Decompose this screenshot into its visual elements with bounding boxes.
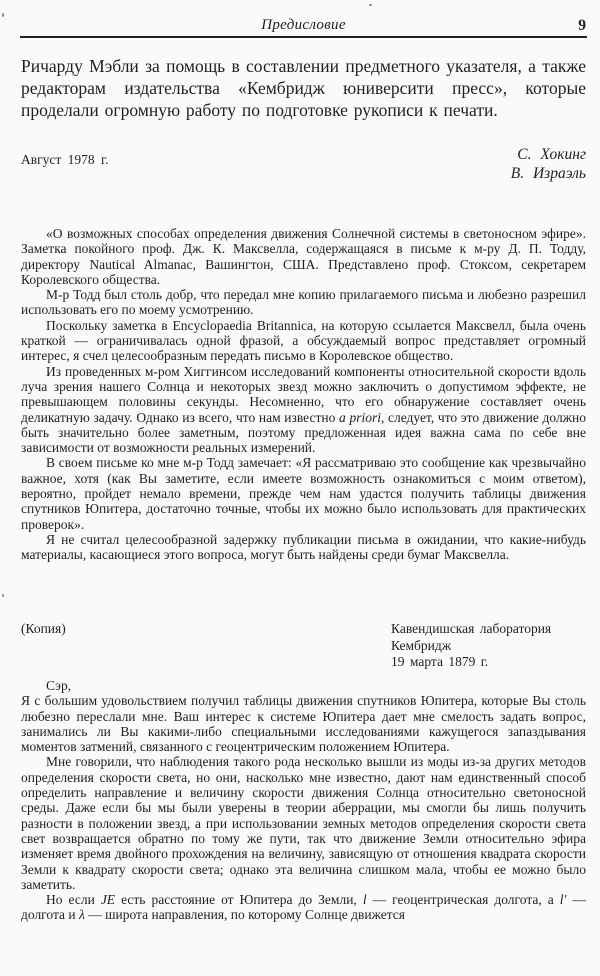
- letter-paragraph: Но если JE есть расстояние от Юпитера до…: [21, 892, 586, 923]
- editorial-note: «О возможных способах определения движен…: [21, 226, 586, 563]
- note-paragraph: Я не считал целесообразной задержку публ…: [21, 532, 586, 563]
- note-paragraph: М-р Тодд был столь добр, что передал мне…: [21, 287, 586, 318]
- letter-paragraph: Я с большим удовольствием получил таблиц…: [21, 693, 586, 754]
- note-paragraph: В своем письме ко мне м-р Тодд замечает:…: [21, 455, 586, 531]
- note-paragraph: Поскольку заметка в Encyclopaedia Britan…: [21, 318, 586, 364]
- signature-israel: В. Израэль: [511, 165, 586, 184]
- page-number: 9: [578, 17, 586, 35]
- preface-closing-paragraph: Ричарду Мэбли за помощь в составлении пр…: [21, 56, 586, 121]
- scan-speck: [2, 13, 4, 17]
- scan-speck: [369, 4, 372, 6]
- header-rule: [20, 36, 587, 38]
- note-paragraph: «О возможных способах определения движен…: [21, 226, 586, 287]
- address-line-laboratory: Кавендишская лаборатория: [391, 621, 551, 638]
- note-paragraph: Из проведенных м-ром Хиггинсом исследова…: [21, 364, 586, 456]
- letter-salutation: Сэр,: [21, 678, 586, 693]
- copy-label: (Копия): [21, 621, 66, 637]
- letter-address: Кавендишская лаборатория Кембридж 19 мар…: [391, 621, 551, 671]
- book-page: Предисловие 9 Ричарду Мэбли за помощь в …: [0, 0, 600, 976]
- address-line-date: 19 марта 1879 г.: [391, 654, 551, 671]
- letter-paragraph: Мне говорили, что наблюдения такого рода…: [21, 754, 586, 892]
- author-signatures: С. Хокинг В. Израэль: [511, 146, 586, 183]
- signature-hawking: С. Хокинг: [511, 146, 586, 165]
- letter-body: Сэр, Я с большим удовольствием получил т…: [21, 678, 586, 923]
- address-line-city: Кембридж: [391, 638, 551, 655]
- preface-date: Август 1978 г.: [21, 152, 108, 168]
- running-head-title: Предисловие: [21, 17, 586, 34]
- scan-speck: [2, 594, 4, 597]
- running-head: Предисловие 9: [21, 17, 586, 35]
